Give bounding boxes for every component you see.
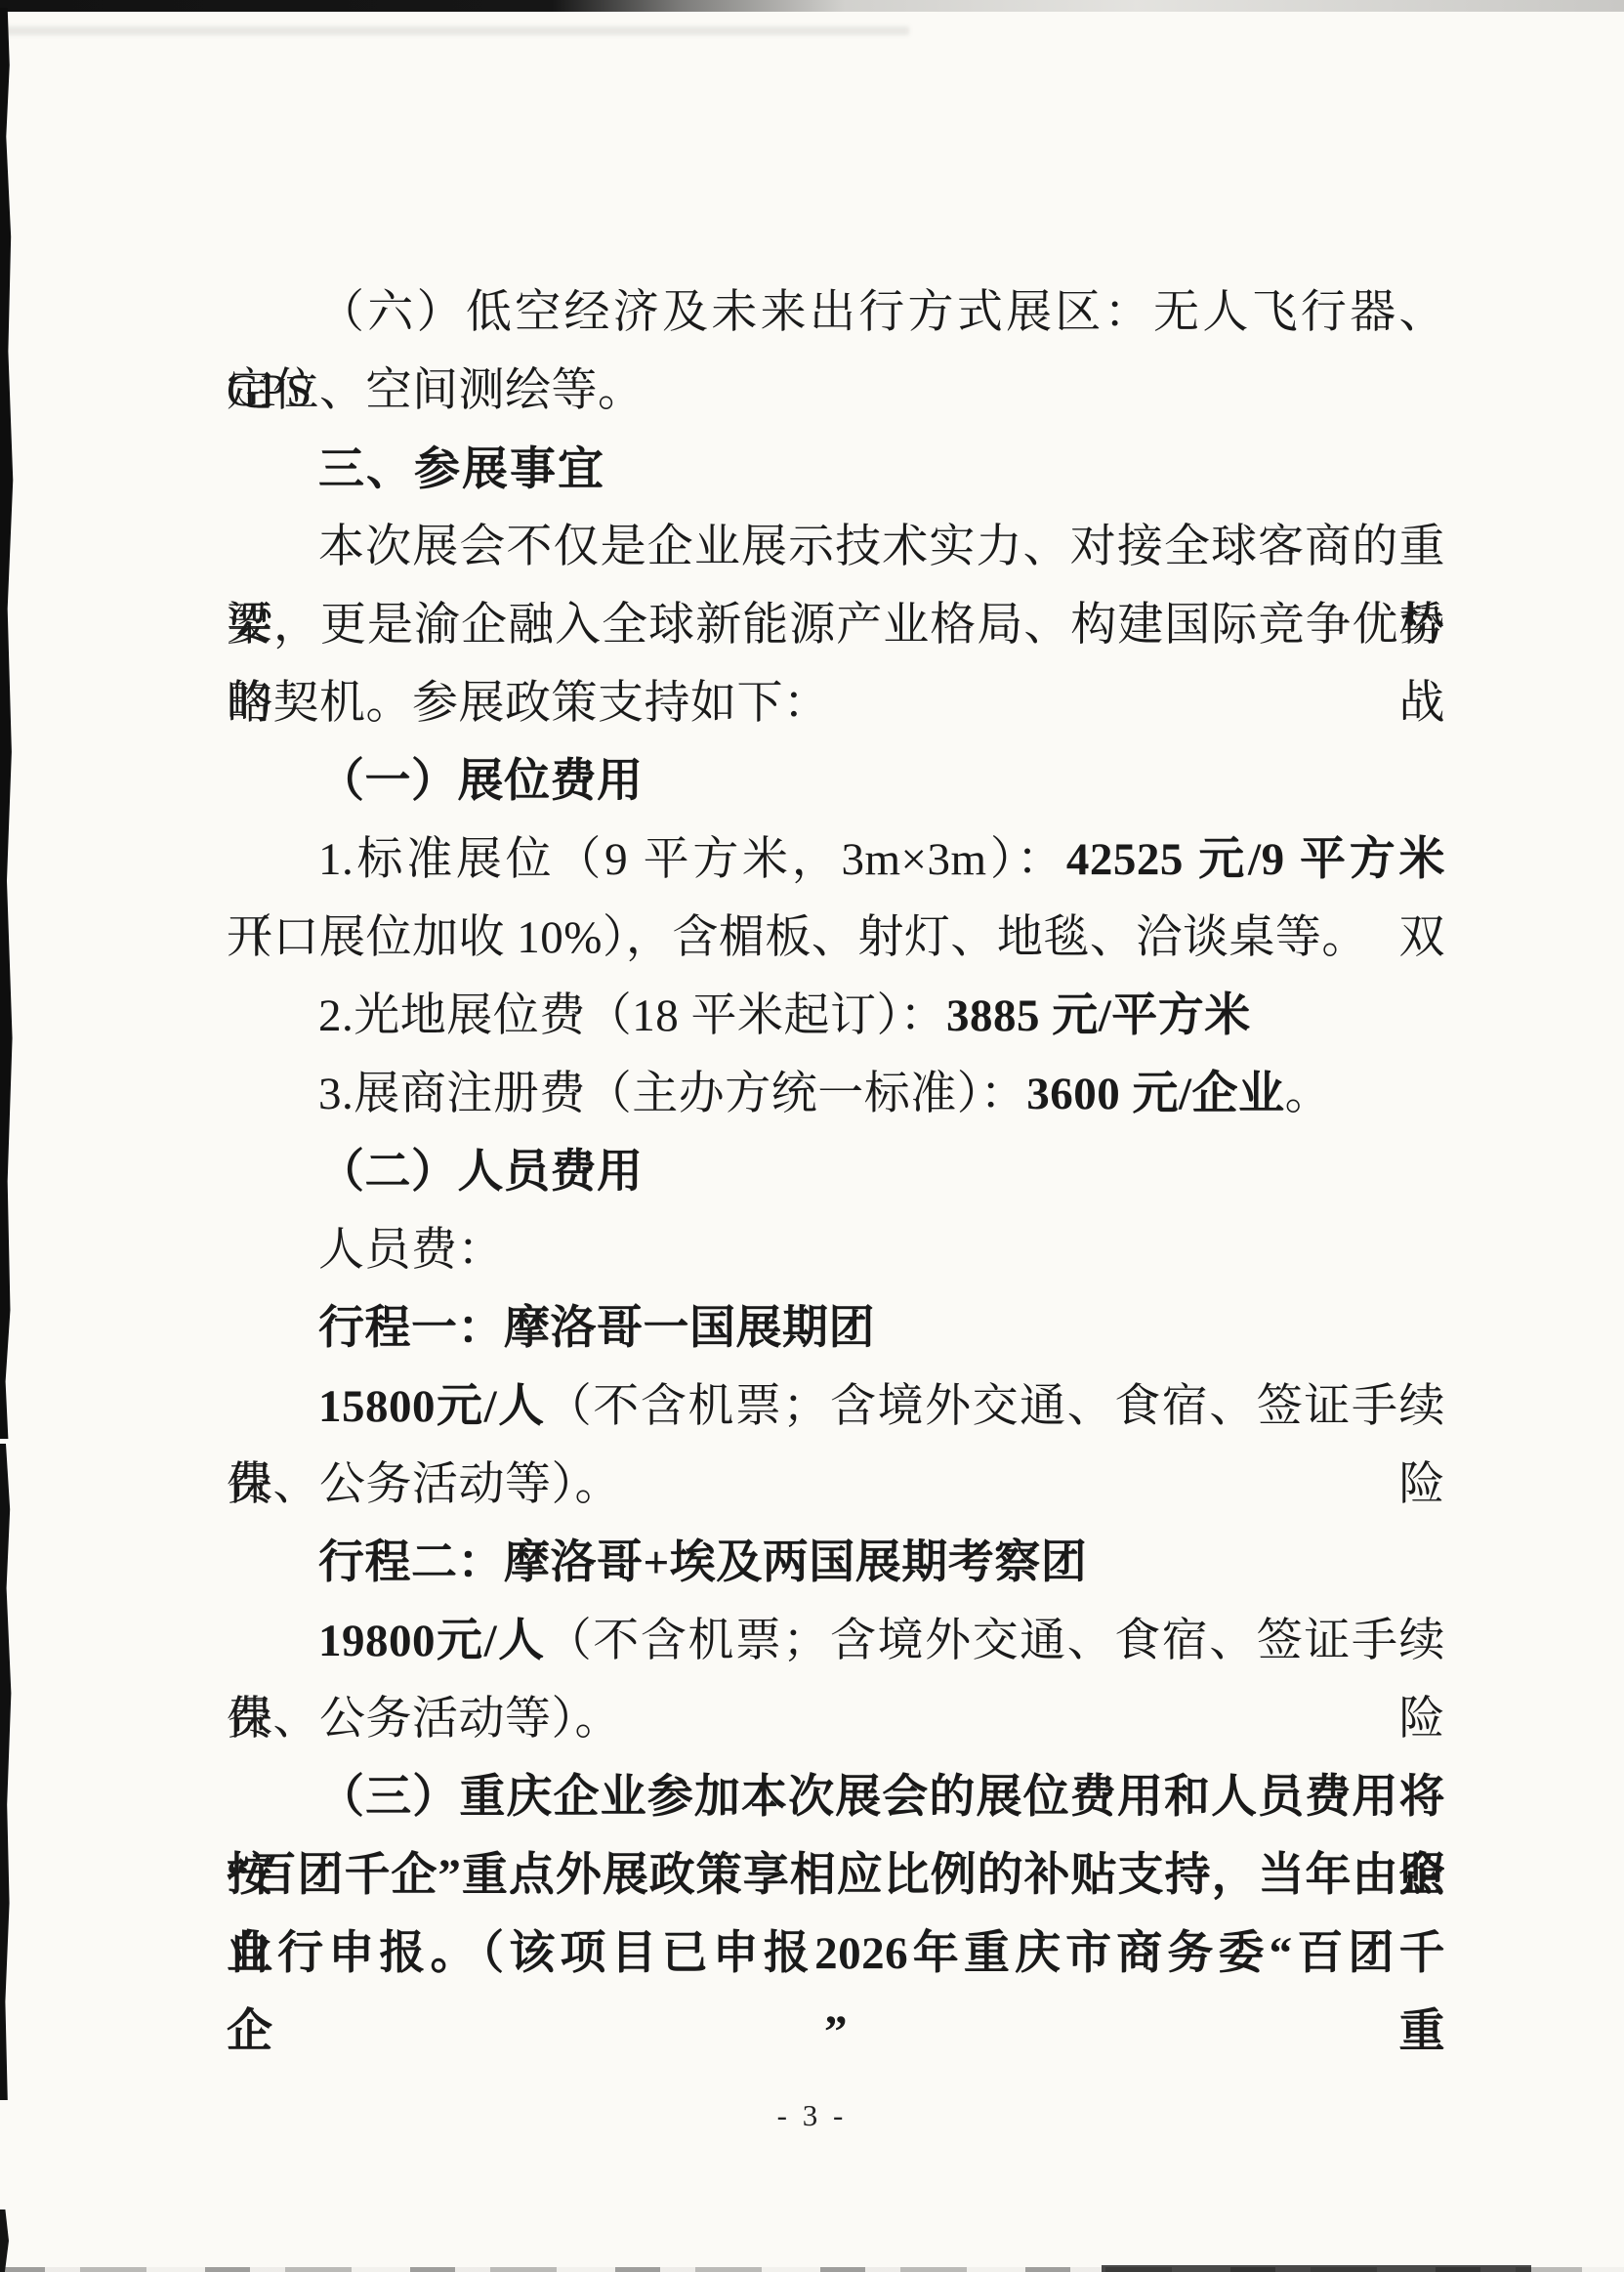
line-standard-booth-1: 1.标准展位（9 平方米，3m×3m）：42525 元/9 平方米（双 bbox=[227, 820, 1445, 899]
text-segment: 定位、空间测绘等。 bbox=[227, 365, 645, 416]
line-intro-2: 梁，更是渝企融入全球新能源产业格局、构建国际竞争优势的战 bbox=[227, 586, 1445, 664]
line-intro-1: 本次展会不仅是企业展示技术实力、对接全球客商的重要桥 bbox=[227, 508, 1445, 586]
text-segment: 行程一：摩洛哥一国展期团 bbox=[318, 1303, 875, 1354]
text-segment: （二）人员费用 bbox=[318, 1147, 644, 1198]
text-segment: 三、参展事宜 bbox=[318, 442, 605, 494]
text-segment: 2.光地展位费（18 平米起订）： bbox=[318, 990, 946, 1041]
document-page: （六）低空经济及未来出行方式展区：无人飞行器、GPS定位、空间测绘等。三、参展事… bbox=[0, 0, 1624, 2272]
text-segment: （一）展位费用 bbox=[318, 756, 644, 807]
scan-artifact-left-edge-lower bbox=[0, 1444, 12, 2100]
line-section6-exhibit-area-cont: 定位、空间测绘等。 bbox=[227, 352, 1445, 430]
line-raw-space-fee: 2.光地展位费（18 平米起订）：3885 元/平方米 bbox=[227, 977, 1445, 1055]
text-segment: 人员费： bbox=[318, 1225, 504, 1276]
line-subsidy-3: 自行申报。（该项目已申报2026年重庆市商务委“百团千企”重 bbox=[227, 1914, 1445, 1993]
scan-artifact-bottom-edge-dark bbox=[1102, 2265, 1531, 2272]
scan-artifact-top-smear bbox=[0, 26, 909, 35]
line-subsidy-2: “百团千企”重点外展政策享相应比例的补贴支持，当年由企业 bbox=[227, 1836, 1445, 1914]
scan-artifact-left-edge bbox=[0, 8, 14, 1439]
line-standard-booth-2: 开口展位加收 10%），含楣板、射灯、地毯、洽谈桌等。 bbox=[227, 899, 1445, 977]
text-segment: 3600 元/企业 bbox=[1026, 1069, 1284, 1119]
heading-itinerary-2: 行程二：摩洛哥+埃及两国展期考察团 bbox=[227, 1524, 1445, 1602]
text-segment: 自行申报。（该项目已申报2026年重庆市商务委“百团千企”重 bbox=[227, 1928, 1445, 2057]
line-personnel-fee-label: 人员费： bbox=[227, 1211, 1445, 1289]
scan-artifact-top-edge bbox=[0, 0, 1624, 12]
heading-booth-fees: （一）展位费用 bbox=[227, 742, 1445, 820]
heading-personnel-fees: （二）人员费用 bbox=[227, 1133, 1445, 1211]
heading-section3-participation: 三、参展事宜 bbox=[227, 430, 1445, 508]
text-segment: 费、公务活动等）。 bbox=[227, 1694, 621, 1745]
text-segment: 15800元/人 bbox=[318, 1381, 546, 1432]
line-registration-fee: 3.展商注册费（主办方统一标准）：3600 元/企业。 bbox=[227, 1055, 1445, 1133]
scan-artifact-left-edge-bottom bbox=[0, 2209, 9, 2272]
page-number: - 3 - bbox=[0, 2098, 1624, 2133]
line-itinerary-1-price-1: 15800元/人（不含机票；含境外交通、食宿、签证手续保险 bbox=[227, 1367, 1445, 1446]
line-itinerary-2-price-1: 19800元/人（不含机票；含境外交通、食宿、签证手续保险 bbox=[227, 1602, 1445, 1680]
line-section6-exhibit-area: （六）低空经济及未来出行方式展区：无人飞行器、GPS bbox=[227, 273, 1445, 352]
document-body: （六）低空经济及未来出行方式展区：无人飞行器、GPS定位、空间测绘等。三、参展事… bbox=[227, 273, 1445, 1993]
heading-itinerary-1: 行程一：摩洛哥一国展期团 bbox=[227, 1289, 1445, 1367]
text-segment: 3885 元/平方米 bbox=[946, 990, 1251, 1041]
text-segment: 19800元/人 bbox=[318, 1616, 546, 1666]
text-segment: 3.展商注册费（主办方统一标准）： bbox=[318, 1069, 1026, 1119]
text-segment: 开口展位加收 10%），含楣板、射灯、地毯、洽谈桌等。 bbox=[227, 912, 1368, 963]
text-segment: 行程二：摩洛哥+埃及两国展期考察团 bbox=[318, 1537, 1087, 1588]
text-segment: 1.标准展位（9 平方米，3m×3m）： bbox=[318, 834, 1066, 885]
text-segment: 42525 元/9 平方米 bbox=[1066, 834, 1445, 885]
text-segment: 费、公务活动等）。 bbox=[227, 1459, 621, 1510]
text-segment: 略契机。参展政策支持如下： bbox=[227, 678, 830, 729]
line-subsidy-1: （三）重庆企业参加本次展会的展位费用和人员费用将按照 bbox=[227, 1758, 1445, 1836]
text-segment: 。 bbox=[1285, 1069, 1332, 1119]
